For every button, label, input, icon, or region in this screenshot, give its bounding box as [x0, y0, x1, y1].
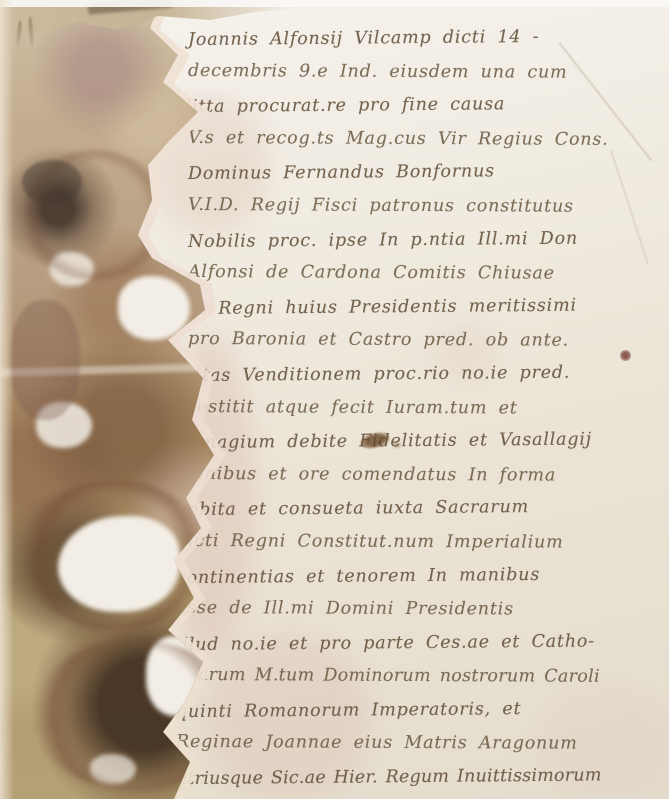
manuscript-line: V.I.D. Regij Fisci patronus constitutus: [176, 189, 664, 225]
manuscript-line: homagium debite Fidelitatis et Vasallagi…: [176, 423, 664, 461]
manuscript-line: ditta procurat.re pro fine causa: [176, 87, 664, 125]
manuscript-line: dicti Regni Constitut.num Imperialium: [176, 525, 664, 561]
dark-mould-smudge: [10, 300, 80, 420]
dark-mould-smudge: [22, 160, 82, 204]
manuscript-line: illud no.ie et pro parte Ces.ae et Catho…: [176, 625, 664, 663]
manuscript-line: continentias et tenorem In manibus: [176, 557, 664, 595]
photo-top-border: [0, 0, 669, 7]
manuscript-line: V.s et recog.ts Mag.cus Vir Regius Cons.: [176, 122, 664, 158]
ink-blot: [392, 441, 402, 449]
manuscript-line: Reginae Joannae eius Matris Aragonum: [176, 726, 664, 762]
manuscript-line: Joannis Alfonsij Vilcamp dicti 14 -: [176, 20, 664, 58]
manuscript-line: utriusque Sic.ae Hier. Regum Inuittissim…: [176, 759, 664, 797]
manuscript-line: decembris 9.e Ind. eiusdem una cum: [176, 55, 664, 91]
white-flake-patch: [118, 276, 190, 340]
manuscript-line: pro Baronia et Castro pred. ob ante.: [176, 323, 664, 359]
spine-edge-highlight: [0, 0, 14, 799]
manuscript-line: esse de Ill.mi Domini Presidentis: [176, 592, 664, 628]
manuscript-line: debita et consueta iuxta Sacrarum: [176, 490, 664, 528]
manuscript-line: manibus et ore comendatus In forma: [176, 458, 664, 494]
manuscript-line: Alfonsi de Cardona Comitis Chiusae: [176, 256, 664, 292]
manuscript-line: Dominus Fernandus Bonfornus: [176, 154, 664, 192]
manuscript-line: Nobilis proc. ipse In p.ntia Ill.mi Don: [176, 221, 664, 259]
manuscript-line: quinti Romanorum Imperatoris, et: [176, 692, 664, 730]
manuscript-line: prestitit atque fecit Iuram.tum et: [176, 390, 664, 426]
manuscript-line: dittas Venditionem proc.rio no.ie pred.: [176, 356, 664, 394]
manuscript-line: licarum M.tum Dominorum nostrorum Caroli: [176, 659, 664, 695]
red-stain-speck: [620, 350, 631, 361]
manuscript-line: et Regni huius Presidentis meritissimi: [176, 289, 664, 327]
handwritten-text-block: Joannis Alfonsij Vilcamp dicti 14 - dece…: [176, 22, 664, 795]
manuscript-page-photo: Joannis Alfonsij Vilcamp dicti 14 - dece…: [0, 0, 669, 799]
